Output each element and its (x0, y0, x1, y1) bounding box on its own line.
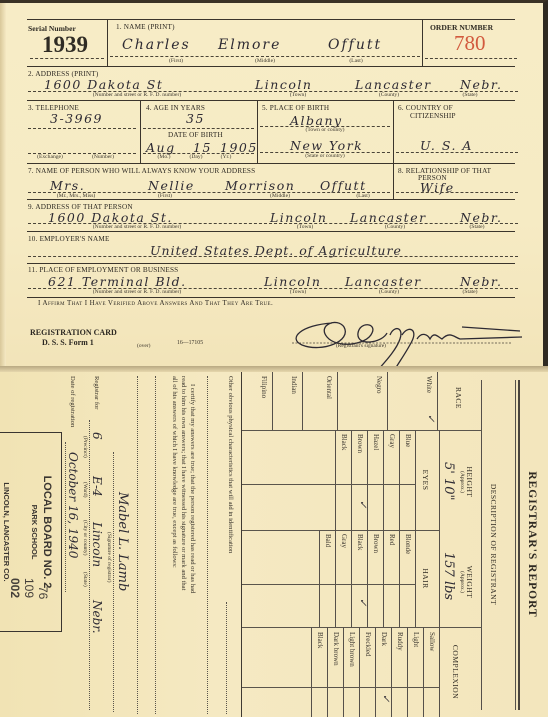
employment-county: Lancaster (345, 274, 422, 289)
certify-line-1: I certify that my answers are true; that… (189, 384, 196, 593)
complexion-option-sallow: Sallow (428, 632, 436, 651)
date-of-registration-label: Date of registration (69, 376, 76, 427)
dotted-line (30, 58, 104, 59)
address-county: Lancaster (355, 77, 432, 92)
rule (399, 430, 400, 530)
employment-place-label: 11. Place of Employment or Business (28, 266, 178, 274)
sub-county: (County) (379, 92, 399, 98)
dotted-line (137, 376, 138, 714)
hair-option-blonde: Blonde (404, 534, 412, 554)
sub-month: (Mo.) (158, 154, 171, 160)
card-title-line2: D. S. S. Form 1 (30, 338, 117, 348)
sub-state: (State) (463, 92, 478, 98)
divider (242, 687, 440, 688)
address-state: Nebr. (460, 77, 502, 92)
rule (351, 430, 352, 530)
stamp-number-3: 002 (8, 578, 22, 598)
sub-city: (City or county) (82, 520, 88, 555)
sub-middle: (Middle) (270, 193, 290, 199)
card-title: REGISTRATION CARD D. S. S. Form 1 (30, 328, 117, 348)
height-value: 5' 10" (441, 462, 456, 501)
rule (423, 627, 424, 717)
address-street: 1600 Dakota St (44, 77, 163, 92)
citizenship-label-2: Citizenship (410, 112, 456, 120)
height-header-label: HEIGHT (465, 467, 474, 498)
sub-exchange: (Exchange) (37, 154, 63, 160)
affirmation-text: I Affirm That I Have Verified Above Answ… (38, 299, 273, 307)
eyes-option-hazel: Hazel (372, 434, 380, 450)
rule (27, 297, 515, 298)
complexion-option-dark: Dark (380, 632, 388, 646)
rule (387, 372, 388, 430)
sub-day: (Day) (189, 154, 202, 160)
rule (302, 372, 303, 430)
divider (140, 100, 141, 163)
name-last: Offutt (328, 37, 382, 53)
stamp-line-3: LINCOLN, LANCASTER CO. (2, 433, 11, 631)
sub-street: (Number and street or R. F. D. number) (93, 289, 181, 295)
eyes-header: EYES (421, 430, 430, 530)
other-characteristics-text: Other obvious physical characteristics t… (227, 376, 234, 553)
rule (515, 380, 516, 710)
state-value: Nebr. (90, 600, 104, 634)
contact-first: Nellie (148, 178, 195, 193)
dotted-line (110, 56, 420, 57)
dotted-line (113, 452, 114, 712)
serial-number-value: 1939 (42, 32, 88, 58)
sub-precinct: (Precinct) (82, 436, 88, 458)
divider (393, 100, 394, 199)
race-option-negro: Negro (375, 376, 383, 394)
rule (337, 372, 338, 430)
race-header: RACE (454, 372, 463, 424)
complexion-option-black: Black (316, 632, 324, 648)
stamp-number-2: 109 (22, 578, 36, 598)
certify-line-2: read to him his own answers; that I have… (180, 376, 187, 590)
registration-card-front: Serial Number 1939 1. Name (Print) Charl… (0, 0, 548, 366)
divider (242, 530, 440, 531)
rule (319, 530, 320, 627)
divider (242, 484, 416, 485)
rule (27, 231, 515, 232)
dotted-line (396, 152, 518, 153)
eyes-check-icon: ✓ (357, 500, 368, 508)
weight-value: 157 lbs (441, 552, 456, 600)
rule (272, 372, 273, 430)
hair-check-icon: ✓ (357, 598, 368, 606)
rule (399, 530, 400, 627)
rule (367, 430, 368, 530)
complexion-option-light-brown: Light brown (348, 632, 356, 667)
contact-middle: Morrison (225, 178, 295, 193)
registrar-for-label: Registrar for (93, 376, 100, 410)
rule (27, 163, 515, 164)
dotted-line (396, 192, 518, 193)
name-middle: Elmore (218, 37, 281, 53)
weight-header-sub: (Approx.) (459, 542, 465, 622)
form-code: 16—17105 (177, 340, 203, 346)
telephone-value: 3-3969 (50, 111, 103, 126)
complexion-header: COMPLEXION (451, 627, 460, 717)
sub-state-country: (State or country) (305, 153, 344, 159)
rule (383, 430, 384, 530)
birthplace-state: New York (290, 138, 363, 153)
race-option-indian: Indian (290, 376, 298, 394)
ward-value: E-4 (90, 476, 104, 497)
name-label: 1. Name (Print) (116, 23, 175, 31)
signature-label: (Registrant's signature) (336, 343, 386, 349)
precinct-value: 6 (90, 432, 104, 440)
dotted-line (28, 128, 136, 129)
rule (335, 530, 336, 627)
rule (335, 430, 336, 530)
citizenship-label: 6. Country of (398, 104, 453, 112)
rule (27, 263, 515, 264)
hair-option-brown: Brown (372, 534, 380, 553)
dotted-line (207, 376, 208, 714)
rule (367, 530, 368, 627)
hair-header: HAIR (421, 530, 430, 627)
divider (107, 19, 108, 66)
stamp-line-1: LOCAL BOARD NO. 2 (41, 433, 53, 631)
employer-label: 10. Employer's Name (28, 235, 110, 243)
sub-town: (Town) (290, 92, 306, 98)
race-option-oriental: Oriental (325, 376, 333, 399)
rule (343, 627, 344, 717)
rule (351, 530, 352, 627)
complexion-check-icon: ✓ (380, 694, 391, 702)
name-first: Charles (122, 37, 191, 53)
rule (437, 372, 438, 430)
rule (27, 66, 515, 67)
sub-county: (County) (379, 289, 399, 295)
hair-option-red: Red (388, 534, 396, 545)
weight-header: WEIGHT(Approx.) (459, 542, 474, 622)
race-option-filipino: Filipino (260, 376, 268, 398)
employment-state: Nebr. (460, 274, 502, 289)
dotted-line (89, 420, 90, 710)
complexion-option-ruddy: Ruddy (396, 632, 404, 651)
registration-card-back: REGISTRAR'S REPORT DESCRIPTION OF REGIST… (0, 372, 548, 717)
complexion-option-dark-brown: Dark brown (332, 632, 340, 666)
date-of-registration-value: October 16, 1940 (66, 452, 80, 558)
card-edge (0, 3, 6, 369)
divider (422, 19, 423, 66)
city-value: Lincoln (90, 522, 104, 567)
stamp-line-2: PARK SCHOOL (30, 433, 39, 631)
dotted-line (65, 442, 66, 592)
dotted-line (28, 256, 518, 257)
registrar-signature-label: (Signature of registrar) (106, 532, 112, 582)
order-number-value: 780 (454, 31, 486, 56)
birthplace-label: 5. Place of Birth (262, 104, 329, 112)
race-option-white: White (425, 376, 433, 393)
contact-label: 7. Name of Person Who Will Always Know Y… (28, 167, 255, 175)
citizenship-value: U. S. A (420, 138, 473, 153)
contact-title: Mrs. (50, 178, 85, 193)
rule (311, 627, 312, 717)
employment-town: Lincoln (264, 274, 321, 289)
local-board-stamp: LOCAL BOARD NO. 2 PARK SCHOOL LINCOLN, L… (0, 432, 62, 632)
registrant-signature (282, 303, 532, 373)
stamp-number-1: 76 (36, 586, 50, 599)
divider (242, 627, 482, 628)
sub-title: (Mr., Mrs., Miss) (57, 193, 96, 199)
rule (439, 430, 440, 627)
divider (242, 584, 416, 585)
rule (375, 627, 376, 717)
rule (27, 100, 515, 101)
sub-town-county: (Town or county) (305, 127, 344, 133)
sub-number: (Number) (92, 154, 114, 160)
report-title: REGISTRAR'S REPORT (526, 372, 538, 717)
employment-street: 621 Terminal Bld. (48, 274, 187, 289)
eyes-option-gray: Gray (388, 434, 396, 448)
sub-town: (Town) (290, 289, 306, 295)
contact-last: Offutt (320, 178, 367, 193)
eyes-option-brown: Brown (356, 434, 364, 453)
rule (327, 627, 328, 717)
sub-state: (State) (82, 572, 88, 587)
dotted-line (226, 602, 227, 714)
rule (518, 380, 520, 710)
sub-state: (State) (470, 224, 485, 230)
hair-option-black: Black (356, 534, 364, 550)
rule (439, 627, 440, 717)
hair-option-gray: Gray (340, 534, 348, 548)
rule (359, 627, 360, 717)
sub-state: (State) (463, 289, 478, 295)
sub-street: (Number and street or R. F. D. number) (93, 224, 181, 230)
dob-label: Date of Birth (168, 131, 223, 139)
complexion-option-light: Light (412, 632, 420, 647)
height-header: HEIGHT(Approx.) (459, 442, 474, 522)
complexion-option-freckled: Freckled (364, 632, 372, 657)
age-value: 35 (186, 111, 205, 126)
rule (415, 430, 416, 627)
hair-option-bald: Bald (324, 534, 332, 547)
certify-line-3: all of his answers of which I have knowl… (171, 376, 178, 568)
rule (27, 199, 515, 200)
sub-year: (Yr.) (221, 154, 232, 160)
sub-ward: (Ward) (82, 482, 88, 497)
eyes-option-black: Black (340, 434, 348, 450)
over-note: (over) (137, 343, 150, 349)
sub-county: (County) (385, 224, 405, 230)
report-subtitle: DESCRIPTION OF REGISTRANT (489, 372, 498, 717)
rule (391, 627, 392, 717)
card-title-line1: REGISTRATION CARD (30, 328, 117, 338)
dotted-line (425, 58, 517, 59)
registrars-report: REGISTRAR'S REPORT DESCRIPTION OF REGIST… (0, 372, 548, 717)
height-header-sub: (Approx.) (459, 442, 465, 522)
weight-header-label: WEIGHT (465, 566, 474, 599)
rule (27, 19, 515, 20)
dotted-line (143, 128, 254, 129)
sub-street: (Number and street or R. F. D. number) (93, 92, 181, 98)
race-check-icon: ✓ (425, 414, 436, 422)
sub-first: (First) (158, 193, 172, 199)
eyes-option-blue: Blue (404, 434, 412, 447)
rule (241, 372, 242, 717)
sub-town: (Town) (297, 224, 313, 230)
registrar-signature: Mabel L. Lamb (115, 492, 130, 591)
rule (407, 627, 408, 717)
rule (383, 530, 384, 627)
sub-last: (Last) (356, 193, 369, 199)
dotted-line (155, 376, 156, 714)
sub-last: (Last) (349, 58, 362, 64)
sub-middle: (Middle) (255, 58, 275, 64)
sub-first: (First) (169, 58, 183, 64)
divider (242, 430, 482, 431)
address-town: Lincoln (255, 77, 312, 92)
